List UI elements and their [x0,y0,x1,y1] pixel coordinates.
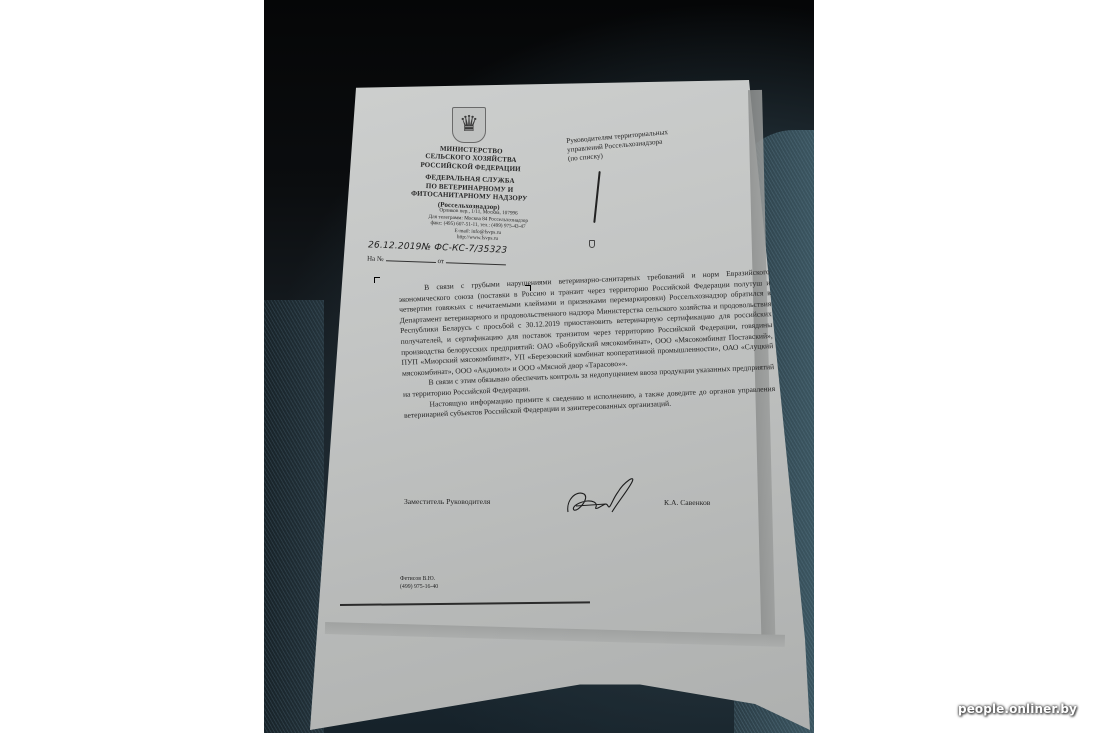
executor-phone: (499) 975-16-40 [400,584,438,592]
signatory-name: К.А. Савенков [664,498,710,507]
coat-of-arms-icon: ♛ [452,107,486,143]
letter-body: В связи с грубыми нарушениями ветеринарн… [398,267,776,421]
executor-block: Фетисов В.Ю. (499) 975-16-40 [400,576,438,591]
ot-label: от [437,257,444,265]
body-paragraph: В связи с грубыми нарушениями ветеринарн… [398,267,774,379]
address-block: Орликов пер., 1/11, Москва, 107996 Для т… [397,206,558,246]
site-watermark: people.onliner.by [958,702,1077,716]
executor-name: Фетисов В.Ю. [400,576,438,584]
na-label: На № [367,255,384,264]
corner-mark [374,277,380,283]
pen-mark [589,240,595,248]
letterhead: МИНИСТЕРСТВО СЕЛЬСКОГО ХОЗЯЙСТВА РОССИЙС… [394,143,547,215]
signatory-title: Заместитель Руководителя [404,497,490,506]
handwritten-signature [562,472,642,518]
